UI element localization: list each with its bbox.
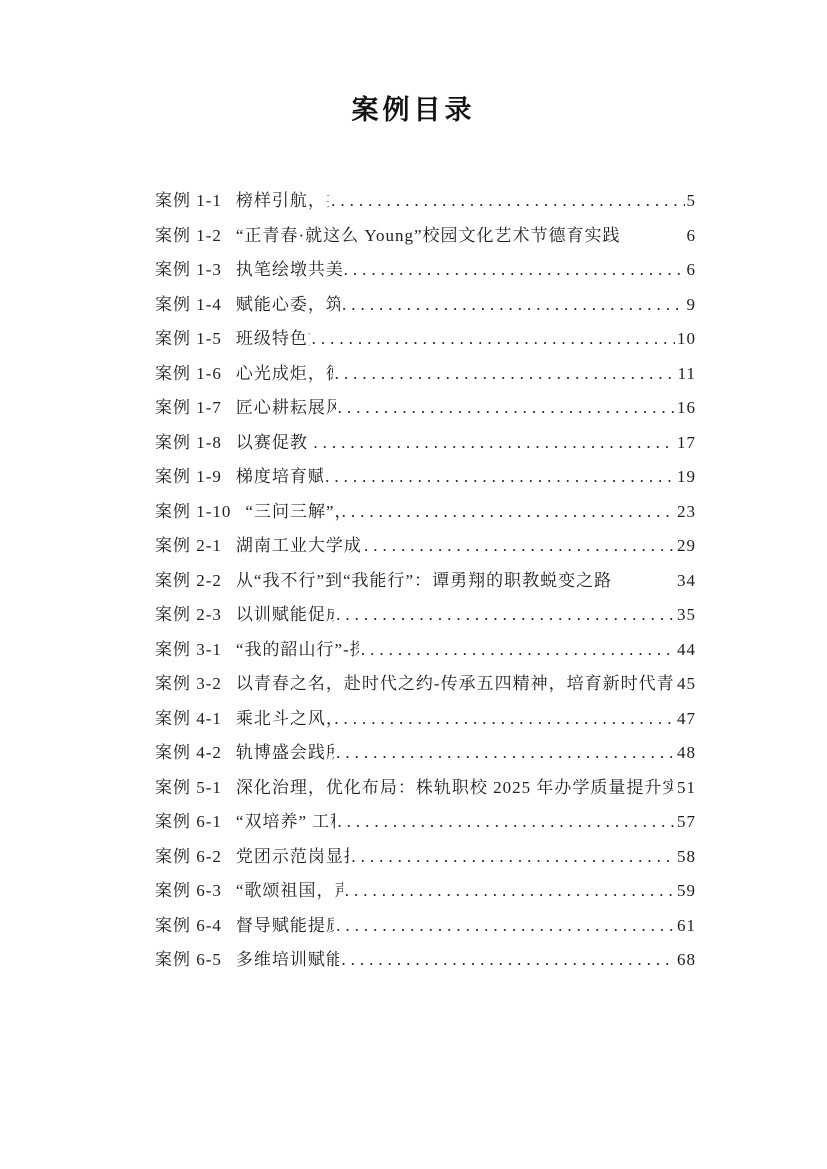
toc-entry[interactable]: 案例 2-2 从“我不行”到“我能行”：谭勇翔的职教蜕变之路 34 bbox=[155, 570, 696, 605]
toc-entry-title: 梯度培育赋能 教师成长提质 bbox=[236, 466, 323, 488]
toc-entry-title: 班级特色文化评比方案 bbox=[236, 328, 310, 350]
toc-dot-leader bbox=[337, 811, 675, 833]
toc-dot-leader bbox=[341, 949, 675, 971]
toc-entry[interactable]: 案例 6-5 多维培训赋能 打造学习型教师队伍 68 bbox=[155, 949, 696, 984]
toc-dot-leader bbox=[361, 639, 675, 661]
toc-entry[interactable]: 案例 3-2 以青春之名，赴时代之约-传承五四精神，培育新时代青年 45 bbox=[155, 673, 696, 708]
toc-entry-title: 以训赋能促成长 凝心聚力筑新篇 bbox=[236, 604, 334, 626]
toc-entry-title: 湖南工业大学成教校外教学点规范化办学案例 bbox=[236, 535, 362, 557]
toc-entry[interactable]: 案例 6-4 督导赋能提质 夯实职教发展根基 61 bbox=[155, 915, 696, 950]
toc-dot-leader bbox=[335, 363, 676, 385]
toc-entry-page: 5 bbox=[687, 190, 697, 212]
toc-entry[interactable]: 案例 1-3 执笔绘墩共美株轨 德育融景育新人 6 bbox=[155, 259, 696, 294]
toc-entry[interactable]: 案例 2-3 以训赋能促成长 凝心聚力筑新篇 35 bbox=[155, 604, 696, 639]
toc-entry-title: 以赛促教 培育良匠之师 bbox=[236, 432, 311, 454]
toc-entry-page: 57 bbox=[677, 811, 696, 833]
toc-entry-title: 乘北斗之风，展职教“青桔”之美 bbox=[236, 708, 332, 730]
toc-entry-label: 案例 1-4 bbox=[155, 294, 222, 316]
toc-entry-page: 9 bbox=[687, 294, 697, 316]
toc-entry[interactable]: 案例 1-7 匠心耕耘展风采 教研聚力共成长 16 bbox=[155, 397, 696, 432]
toc-entry-label: 案例 1-6 bbox=[155, 363, 222, 385]
toc-list: 案例 1-1 榜样引航，共绘职业成长蓝图 5 案例 1-2 “正青春·就这么 Y… bbox=[155, 190, 696, 984]
toc-entry-title: 赋能心委，筑牢校园心理德育防线 bbox=[236, 294, 340, 316]
toc-entry-title: 深化治理，优化布局：株轨职校 2025 年办学质量提升实践 bbox=[236, 777, 673, 799]
toc-entry[interactable]: 案例 4-2 轨博盛会践所学 青春服务绽芳华 48 bbox=[155, 742, 696, 777]
toc-entry[interactable]: 案例 1-4 赋能心委，筑牢校园心理德育防线 9 bbox=[155, 294, 696, 329]
page-title: 案例目录 bbox=[0, 94, 827, 126]
toc-entry-label: 案例 6-1 bbox=[155, 811, 222, 833]
toc-entry[interactable]: 案例 5-1 深化治理，优化布局：株轨职校 2025 年办学质量提升实践 51 bbox=[155, 777, 696, 812]
toc-entry-page: 6 bbox=[687, 259, 697, 281]
toc-dot-leader bbox=[344, 259, 685, 281]
toc-entry-page: 51 bbox=[677, 777, 696, 799]
toc-entry[interactable]: 案例 1-6 心光成炬，德育故事分享育师魂 11 bbox=[155, 363, 696, 398]
toc-entry-title: 心光成炬，德育故事分享育师魂 bbox=[236, 363, 333, 385]
toc-entry-page: 29 bbox=[677, 535, 696, 557]
toc-entry-page: 23 bbox=[677, 501, 696, 523]
toc-entry[interactable]: 案例 6-3 “歌颂祖国，声传热爱”主题朗诵比赛 59 bbox=[155, 880, 696, 915]
toc-dot-leader bbox=[313, 432, 675, 454]
toc-entry-title: 多维培训赋能 打造学习型教师队伍 bbox=[236, 949, 339, 971]
toc-entry-title: 督导赋能提质 夯实职教发展根基 bbox=[236, 915, 334, 937]
toc-entry-title: “我的韶山行”-探寻红色足迹，培育时代新人 bbox=[236, 639, 359, 661]
toc-entry-label: 案例 2-1 bbox=[155, 535, 222, 557]
toc-entry[interactable]: 案例 1-8 以赛促教 培育良匠之师 17 bbox=[155, 432, 696, 467]
toc-entry-label: 案例 1-3 bbox=[155, 259, 222, 281]
toc-entry-label: 案例 2-3 bbox=[155, 604, 222, 626]
toc-entry-page: 11 bbox=[678, 363, 696, 385]
toc-entry-page: 59 bbox=[677, 880, 696, 902]
toc-dot-leader bbox=[338, 397, 675, 419]
toc-entry[interactable]: 案例 2-1 湖南工业大学成教校外教学点规范化办学案例 29 bbox=[155, 535, 696, 570]
toc-dot-leader bbox=[351, 846, 675, 868]
toc-entry[interactable]: 案例 1-2 “正青春·就这么 Young”校园文化艺术节德育实践 6 bbox=[155, 225, 696, 260]
toc-entry-page: 47 bbox=[677, 708, 696, 730]
toc-entry-title: “双培养” 工程 赋能教师队伍建设 bbox=[236, 811, 335, 833]
toc-entry-label: 案例 1-10 bbox=[155, 501, 231, 523]
toc-dot-leader bbox=[336, 742, 675, 764]
toc-dot-leader bbox=[342, 294, 684, 316]
toc-entry-title: 榜样引航，共绘职业成长蓝图 bbox=[236, 190, 329, 212]
toc-entry-title: 轨博盛会践所学 青春服务绽芳华 bbox=[236, 742, 334, 764]
toc-entry-page: 45 bbox=[677, 673, 696, 695]
toc-entry[interactable]: 案例 6-2 党团示范岗显担当 共筑美好校园新风貌 58 bbox=[155, 846, 696, 881]
toc-dot-leader bbox=[331, 190, 684, 212]
toc-entry-label: 案例 6-2 bbox=[155, 846, 222, 868]
toc-entry[interactable]: 案例 3-1 “我的韶山行”-探寻红色足迹，培育时代新人 44 bbox=[155, 639, 696, 674]
toc-entry-label: 案例 6-5 bbox=[155, 949, 222, 971]
toc-entry-title: 从“我不行”到“我能行”：谭勇翔的职教蜕变之路 bbox=[236, 570, 612, 592]
toc-entry-page: 58 bbox=[677, 846, 696, 868]
document-page: 案例目录 案例 1-1 榜样引航，共绘职业成长蓝图 5 案例 1-2 “正青春·… bbox=[0, 0, 827, 1169]
toc-entry[interactable]: 案例 4-1 乘北斗之风，展职教“青桔”之美 47 bbox=[155, 708, 696, 743]
toc-entry-label: 案例 1-2 bbox=[155, 225, 222, 247]
toc-entry-title: “正青春·就这么 Young”校园文化艺术节德育实践 bbox=[236, 225, 621, 247]
toc-entry-page: 68 bbox=[677, 949, 696, 971]
toc-entry[interactable]: 案例 1-5 班级特色文化评比方案 10 bbox=[155, 328, 696, 363]
toc-entry-page: 34 bbox=[677, 570, 696, 592]
toc-entry-label: 案例 1-7 bbox=[155, 397, 222, 419]
toc-entry-label: 案例 1-9 bbox=[155, 466, 222, 488]
toc-entry-page: 44 bbox=[677, 639, 696, 661]
toc-dot-leader bbox=[336, 915, 675, 937]
toc-entry-page: 6 bbox=[687, 225, 697, 247]
toc-entry[interactable]: 案例 1-1 榜样引航，共绘职业成长蓝图 5 bbox=[155, 190, 696, 225]
toc-dot-leader bbox=[334, 708, 675, 730]
toc-dot-leader bbox=[342, 501, 675, 523]
toc-entry-label: 案例 1-8 bbox=[155, 432, 222, 454]
toc-entry-label: 案例 6-4 bbox=[155, 915, 222, 937]
toc-entry-page: 61 bbox=[677, 915, 696, 937]
toc-entry-page: 19 bbox=[677, 466, 696, 488]
toc-entry-page: 10 bbox=[677, 328, 696, 350]
toc-entry-title: 执笔绘墩共美株轨 德育融景育新人 bbox=[236, 259, 342, 281]
toc-entry-label: 案例 4-1 bbox=[155, 708, 222, 730]
toc-entry-title: 以青春之名，赴时代之约-传承五四精神，培育新时代青年 bbox=[236, 673, 673, 695]
toc-entry-title: “歌颂祖国，声传热爱”主题朗诵比赛 bbox=[236, 880, 343, 902]
toc-entry[interactable]: 案例 1-10 “三问三解”，家校连心育才共赢 23 bbox=[155, 501, 696, 536]
toc-entry-label: 案例 1-5 bbox=[155, 328, 222, 350]
toc-entry-label: 案例 1-1 bbox=[155, 190, 222, 212]
toc-entry-label: 案例 4-2 bbox=[155, 742, 222, 764]
toc-dot-leader bbox=[364, 535, 675, 557]
toc-entry-page: 16 bbox=[677, 397, 696, 419]
toc-entry-title: “三问三解”，家校连心育才共赢 bbox=[245, 501, 339, 523]
toc-entry-title: 匠心耕耘展风采 教研聚力共成长 bbox=[236, 397, 336, 419]
toc-dot-leader bbox=[325, 466, 675, 488]
toc-entry[interactable]: 案例 6-1 “双培养” 工程 赋能教师队伍建设 57 bbox=[155, 811, 696, 846]
toc-entry-label: 案例 5-1 bbox=[155, 777, 222, 799]
toc-entry-label: 案例 3-1 bbox=[155, 639, 222, 661]
toc-entry-label: 案例 3-2 bbox=[155, 673, 222, 695]
toc-entry-page: 17 bbox=[677, 432, 696, 454]
toc-dot-leader bbox=[336, 604, 675, 626]
toc-entry-title: 党团示范岗显担当 共筑美好校园新风貌 bbox=[236, 846, 349, 868]
toc-entry-label: 案例 2-2 bbox=[155, 570, 222, 592]
toc-entry-label: 案例 6-3 bbox=[155, 880, 222, 902]
toc-entry[interactable]: 案例 1-9 梯度培育赋能 教师成长提质 19 bbox=[155, 466, 696, 501]
toc-dot-leader bbox=[345, 880, 675, 902]
toc-entry-page: 48 bbox=[677, 742, 696, 764]
toc-dot-leader bbox=[312, 328, 675, 350]
toc-entry-page: 35 bbox=[677, 604, 696, 626]
